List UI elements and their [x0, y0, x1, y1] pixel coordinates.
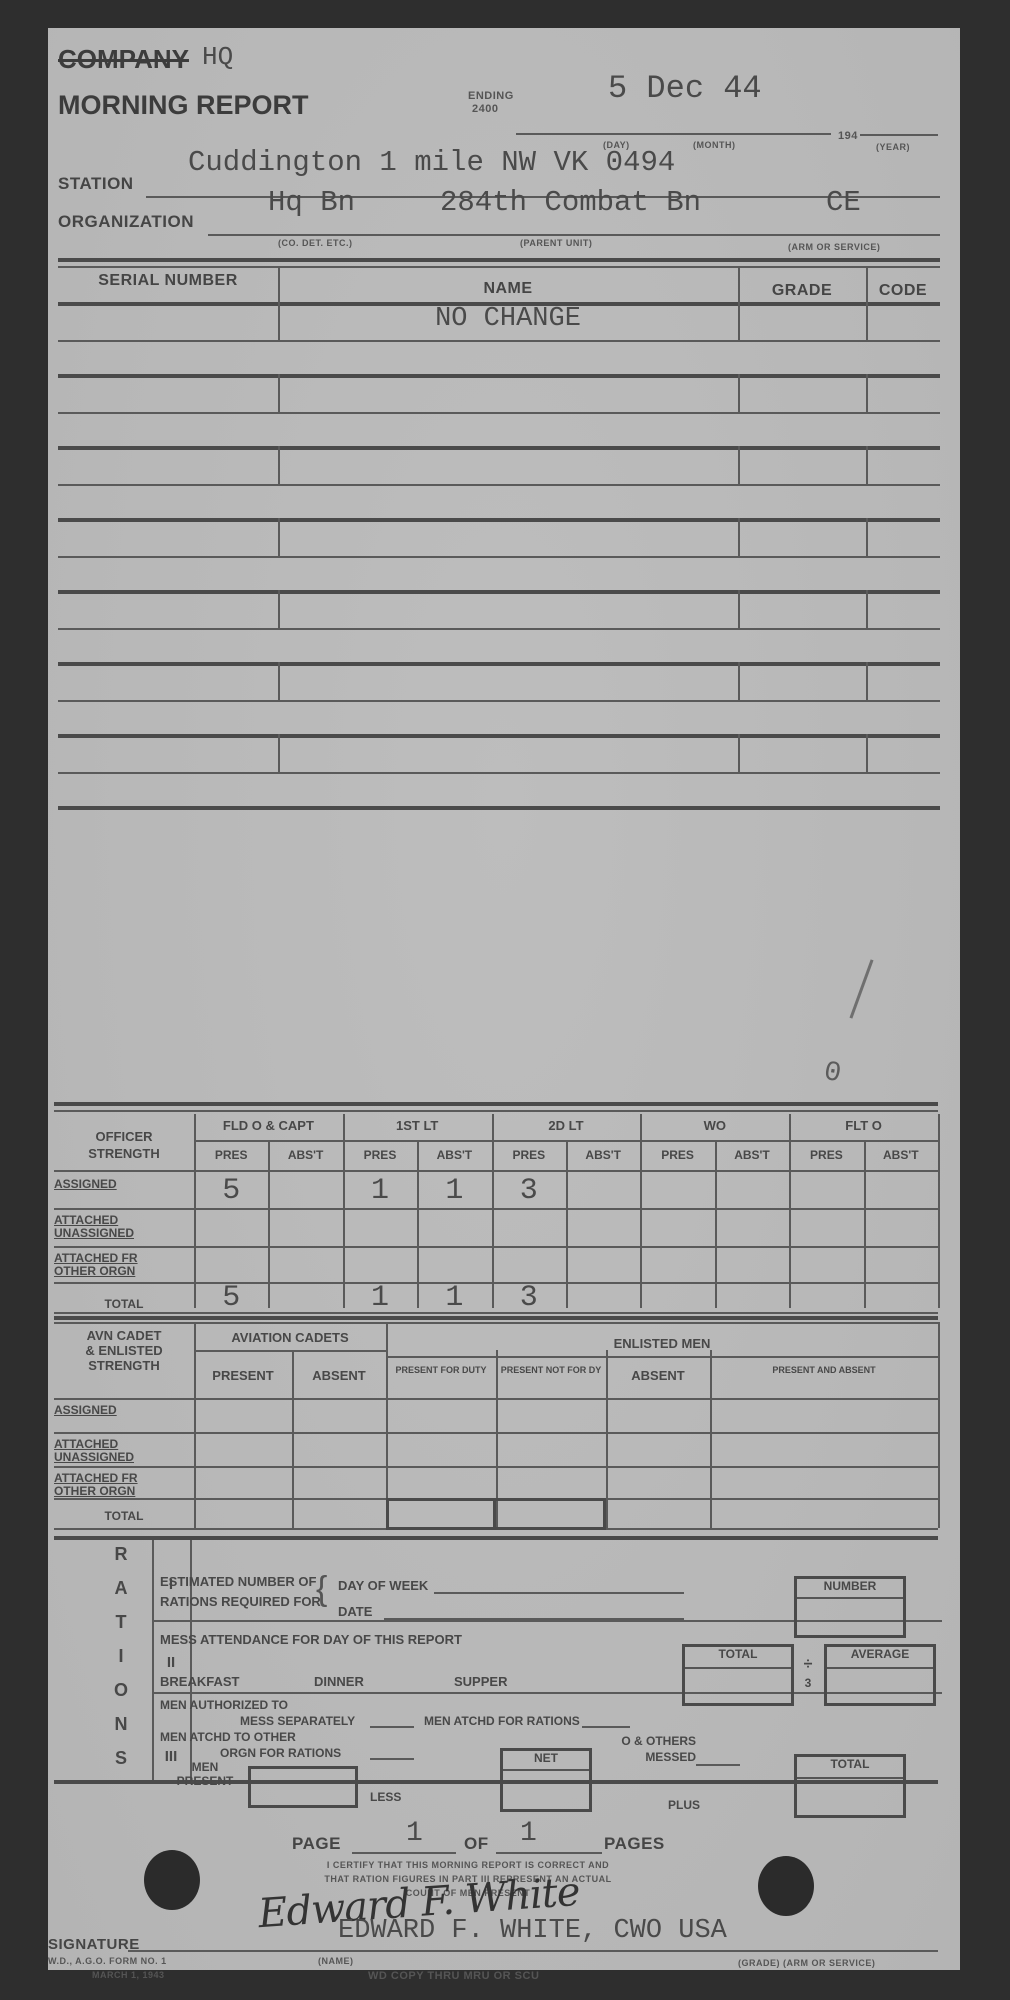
- officer-cell[interactable]: [864, 1284, 938, 1312]
- signature-line[interactable]: [128, 1950, 938, 1952]
- binder-hole-right: [758, 1856, 814, 1916]
- men-present-label: MEN PRESENT: [160, 1760, 250, 1788]
- mess-average-box[interactable]: AVERAGE: [824, 1644, 936, 1706]
- enlisted-cell[interactable]: [294, 1400, 384, 1432]
- rations-total-box[interactable]: TOTAL: [794, 1754, 906, 1818]
- authorized-text-1: MEN AUTHORIZED TO: [160, 1698, 288, 1712]
- total-present-not-for-duty-box[interactable]: [493, 1498, 606, 1530]
- form-date: MARCH 1, 1943: [92, 1970, 165, 1980]
- officer-cell[interactable]: [640, 1248, 714, 1282]
- roster-row-line: [58, 628, 940, 630]
- officer-cell[interactable]: 1: [417, 1174, 491, 1208]
- roster-row-name: NO CHANGE: [278, 304, 738, 334]
- net-label: NET: [503, 1751, 589, 1771]
- officer-subcol-pres: PRES: [789, 1148, 863, 1162]
- roster-cell-divider: [866, 590, 868, 628]
- ending-label: ENDING 2400: [468, 90, 514, 116]
- org-parent-value: 284th Combat Bn: [440, 186, 701, 219]
- officer-cell[interactable]: [789, 1248, 863, 1282]
- officer-cell[interactable]: [864, 1174, 938, 1208]
- col-serial-number: SERIAL NUMBER: [58, 272, 278, 290]
- roster-cell-divider: [278, 734, 280, 772]
- roster-cell-divider: [866, 446, 868, 484]
- officer-top-border: [54, 1102, 938, 1106]
- enlisted-cell[interactable]: [712, 1500, 936, 1528]
- officer-bottom-border: [54, 1316, 938, 1320]
- rations-i-text-2: RATIONS REQUIRED FOR: [160, 1594, 321, 1609]
- enlisted-col-header: ABSENT: [606, 1368, 710, 1383]
- roster-cell-divider: [866, 662, 868, 700]
- officer-title-line1: OFFICER: [54, 1128, 194, 1145]
- officer-subcol-pres: PRES: [194, 1148, 268, 1162]
- officer-top-border-2: [54, 1110, 938, 1112]
- officer-strength-title: OFFICER STRENGTH: [54, 1128, 194, 1162]
- page-field: [352, 1852, 456, 1854]
- enlisted-top-border: [54, 1322, 938, 1324]
- pages-field: [496, 1852, 602, 1854]
- breakfast-label: BREAKFAST: [160, 1674, 239, 1689]
- men-present-line2: PRESENT: [160, 1774, 250, 1788]
- enlisted-cell[interactable]: [608, 1468, 708, 1498]
- mess-separately-field[interactable]: [370, 1726, 414, 1728]
- station-label: STATION: [58, 174, 134, 194]
- enlisted-cell[interactable]: [608, 1500, 708, 1528]
- org-parent-caption: (PARENT UNIT): [520, 238, 592, 248]
- year-underline: [860, 134, 938, 136]
- grade-caption: (GRADE) (ARM OR SERVICE): [738, 1958, 875, 1968]
- enlisted-row-label: TOTAL: [54, 1510, 194, 1523]
- officer-group-4: FLT O: [789, 1118, 938, 1133]
- number-label: NUMBER: [797, 1579, 903, 1599]
- roster-cell-divider: [738, 302, 740, 340]
- officer-cell[interactable]: [194, 1248, 268, 1282]
- officer-title-line2: STRENGTH: [54, 1145, 194, 1162]
- roster-header-divider: [278, 266, 280, 304]
- company-label: COMPANY: [58, 44, 189, 75]
- enlisted-cell[interactable]: [196, 1500, 290, 1528]
- col-name: NAME: [278, 280, 738, 298]
- officer-cell[interactable]: [640, 1210, 714, 1246]
- officer-cell[interactable]: [566, 1284, 640, 1312]
- enlisted-row-label: ASSIGNED: [54, 1404, 164, 1417]
- roster-cell-divider: [866, 302, 868, 340]
- page-label: PAGE: [292, 1834, 341, 1854]
- officer-cell[interactable]: [566, 1174, 640, 1208]
- enlisted-cell[interactable]: [608, 1400, 708, 1432]
- roster-cell-divider: [278, 662, 280, 700]
- roster-row-line: [58, 484, 940, 486]
- officer-cell[interactable]: 1: [343, 1174, 417, 1208]
- officer-group-0: FLD O & CAPT: [194, 1118, 343, 1133]
- less-label: LESS: [370, 1790, 401, 1804]
- officer-subcol-abst: ABS'T: [417, 1148, 491, 1162]
- year-caption: (YEAR): [876, 142, 910, 152]
- officer-subcol-pres: PRES: [492, 1148, 566, 1162]
- pages-value: 1: [520, 1818, 537, 1849]
- enlisted-strength-title: AVN CADET & ENLISTED STRENGTH: [54, 1328, 194, 1373]
- org-company-value: Hq Bn: [268, 186, 355, 219]
- officer-subcol-abst: ABS'T: [566, 1148, 640, 1162]
- rations-top-border: [54, 1536, 938, 1540]
- men-present-line1: MEN: [160, 1760, 250, 1774]
- roster-cell-divider: [866, 374, 868, 412]
- name-caption: (NAME): [318, 1956, 354, 1966]
- enlisted-cell[interactable]: [712, 1468, 936, 1498]
- ration-number-box[interactable]: NUMBER: [794, 1576, 906, 1638]
- officer-cell[interactable]: [640, 1174, 714, 1208]
- officer-cell[interactable]: [417, 1248, 491, 1282]
- enlisted-title-line2: & ENLISTED: [54, 1343, 194, 1358]
- officer-header-bottom: [54, 1170, 938, 1172]
- officer-cell[interactable]: [715, 1174, 789, 1208]
- officer-cell[interactable]: [715, 1248, 789, 1282]
- officer-cell[interactable]: [566, 1248, 640, 1282]
- enlisted-cell[interactable]: [608, 1434, 708, 1466]
- signature-label: SIGNATURE: [48, 1936, 140, 1953]
- dinner-label: DINNER: [314, 1674, 364, 1689]
- roster-cell-divider: [278, 446, 280, 484]
- atchd-other-text-1: MEN ATCHD TO OTHER: [160, 1730, 296, 1744]
- officer-cell[interactable]: 5: [194, 1174, 268, 1208]
- officer-cell[interactable]: [492, 1248, 566, 1282]
- officer-cell[interactable]: [343, 1248, 417, 1282]
- roster-cell-divider: [866, 518, 868, 556]
- enlisted-cell[interactable]: [294, 1468, 384, 1498]
- others-messed-field[interactable]: [696, 1764, 740, 1766]
- atchd-other-text-2: ORGN FOR RATIONS: [220, 1746, 341, 1760]
- enlisted-cell[interactable]: [196, 1434, 290, 1466]
- enlisted-cell[interactable]: [712, 1400, 936, 1432]
- enlisted-cell[interactable]: [498, 1468, 604, 1498]
- supper-label: SUPPER: [454, 1674, 507, 1689]
- col-grade: GRADE: [738, 282, 866, 300]
- mess-total-box[interactable]: TOTAL: [682, 1644, 794, 1706]
- enlisted-cell[interactable]: [196, 1468, 290, 1498]
- officer-cell[interactable]: [789, 1284, 863, 1312]
- roster-row-line: [58, 518, 940, 522]
- enlisted-cell[interactable]: [294, 1500, 384, 1528]
- enlisted-cell[interactable]: [388, 1434, 494, 1466]
- enlisted-cell[interactable]: [712, 1434, 936, 1466]
- col-code: CODE: [866, 282, 940, 300]
- roster-cell-divider: [738, 374, 740, 412]
- roster-cell-divider: [738, 662, 740, 700]
- roster-cell-divider: [738, 518, 740, 556]
- enlisted-col-header: PRESENT: [194, 1368, 292, 1383]
- ending-label-line2: 2400: [468, 103, 514, 116]
- officer-cell[interactable]: [566, 1210, 640, 1246]
- total-label: TOTAL: [685, 1647, 791, 1669]
- enlisted-col-header: PRESENT FOR DUTY: [386, 1364, 496, 1376]
- officer-subcol-abst: ABS'T: [864, 1148, 938, 1162]
- roster-row-line: [58, 772, 940, 774]
- officer-group-3: WO: [640, 1118, 789, 1133]
- officer-subcol-pres: PRES: [640, 1148, 714, 1162]
- roster-row-line: [58, 734, 940, 738]
- divide-by: 3: [794, 1676, 822, 1690]
- enlisted-cell[interactable]: [498, 1434, 604, 1466]
- year-prefix: 194: [838, 130, 858, 142]
- roster-row-line: [58, 412, 940, 414]
- officer-cell[interactable]: [268, 1210, 342, 1246]
- aviation-cadets-group: AVIATION CADETS: [194, 1330, 386, 1345]
- officer-subcol-abst: ABS'T: [715, 1148, 789, 1162]
- officer-cell[interactable]: [194, 1210, 268, 1246]
- rations-side-letter: I: [106, 1646, 136, 1667]
- org-arm-caption: (ARM OR SERVICE): [788, 242, 880, 252]
- form-number: W.D., A.G.O. FORM NO. 1: [48, 1956, 167, 1966]
- mess-attendance-text: MESS ATTENDANCE FOR DAY OF THIS REPORT: [160, 1632, 462, 1647]
- pages-label: PAGES: [604, 1834, 665, 1854]
- officer-col-divider: [938, 1114, 940, 1308]
- atchd-other-field[interactable]: [370, 1758, 414, 1760]
- roster-row-line: [58, 556, 940, 558]
- officer-cell[interactable]: [268, 1174, 342, 1208]
- day-of-week-label: DAY OF WEEK: [338, 1578, 428, 1593]
- organization-underline: [208, 234, 940, 236]
- officer-cell[interactable]: 3: [492, 1174, 566, 1208]
- binder-hole-left: [144, 1850, 200, 1910]
- rations-i-text-1: ESTIMATED NUMBER OF: [160, 1574, 316, 1589]
- roster-row-line: [58, 700, 940, 702]
- officer-row-label: ATTACHED FR OTHER ORGN: [54, 1252, 164, 1278]
- atchd-for-rations-label: MEN ATCHD FOR RATIONS: [424, 1714, 580, 1728]
- roster-header-divider: [738, 266, 740, 304]
- company-value: HQ: [202, 42, 233, 72]
- roster-cell-divider: [278, 590, 280, 628]
- officer-row-label: ASSIGNED: [54, 1178, 164, 1191]
- roster-row-line: [58, 374, 940, 378]
- divide-icon: ÷: [794, 1656, 822, 1674]
- org-arm-value: CE: [826, 186, 861, 219]
- rations-total-label: TOTAL: [797, 1757, 903, 1779]
- rations-side-letter: N: [106, 1714, 136, 1735]
- roster-cell-divider: [278, 374, 280, 412]
- date-field[interactable]: [384, 1618, 684, 1620]
- roster-header-bottom: [58, 302, 940, 306]
- org-company-caption: (CO. DET. ETC.): [278, 238, 353, 248]
- month-caption: (MONTH): [693, 140, 736, 150]
- enlisted-group-underline: [386, 1356, 938, 1358]
- roster-cell-divider: [278, 302, 280, 340]
- net-box[interactable]: NET: [500, 1748, 592, 1812]
- officer-cell[interactable]: [417, 1210, 491, 1246]
- brace-icon: {: [316, 1572, 327, 1606]
- enlisted-men-group: ENLISTED MEN: [386, 1336, 938, 1351]
- rations-side-letter: A: [106, 1578, 136, 1599]
- officer-cell[interactable]: [789, 1210, 863, 1246]
- day-of-week-field[interactable]: [434, 1592, 684, 1594]
- form-title: MORNING REPORT: [58, 90, 309, 121]
- rations-side-letter: O: [106, 1680, 136, 1701]
- officer-cell[interactable]: [343, 1210, 417, 1246]
- authorized-text-2: MESS SEPARATELY: [240, 1714, 355, 1728]
- officer-cell[interactable]: [268, 1248, 342, 1282]
- rations-side-letter: S: [106, 1748, 136, 1769]
- roster-top-border: [58, 258, 940, 262]
- officer-cell[interactable]: 1: [417, 1284, 491, 1312]
- rations-numeral-ii: II: [152, 1654, 190, 1671]
- enlisted-cell[interactable]: [196, 1400, 290, 1432]
- roster-row-line: [58, 662, 940, 666]
- officer-row-label: TOTAL: [54, 1298, 194, 1311]
- enlisted-row-label: ATTACHED FR OTHER ORGN: [54, 1472, 164, 1498]
- morning-report-form: COMPANY HQ MORNING REPORT ENDING 2400 5 …: [48, 28, 960, 1970]
- officer-group-2: 2D LT: [492, 1118, 641, 1133]
- page-value: 1: [406, 1818, 423, 1849]
- rations-side-letter: R: [106, 1544, 136, 1565]
- roster-cell-divider: [866, 734, 868, 772]
- roster-row-line: [58, 806, 940, 810]
- officer-row-line: [54, 1312, 938, 1314]
- roster-row-line: [58, 446, 940, 450]
- ending-label-line1: ENDING: [468, 90, 514, 103]
- routing-note: WD COPY THRU MRU OR SCU: [368, 1970, 539, 1982]
- officer-cell[interactable]: [715, 1284, 789, 1312]
- officer-cell[interactable]: 3: [492, 1284, 566, 1312]
- atchd-for-rations-field[interactable]: [582, 1726, 630, 1728]
- officer-cell[interactable]: [864, 1248, 938, 1282]
- report-date: 5 Dec 44: [608, 70, 762, 107]
- enlisted-col-header: PRESENT NOT FOR DY: [496, 1364, 606, 1376]
- enlisted-title-line3: STRENGTH: [54, 1358, 194, 1373]
- average-label: AVERAGE: [827, 1647, 933, 1669]
- enlisted-row-label: ATTACHED UNASSIGNED: [54, 1438, 164, 1464]
- certify-line1: I CERTIFY THAT THIS MORNING REPORT IS CO…: [218, 1858, 718, 1872]
- men-present-box[interactable]: [248, 1766, 358, 1808]
- organization-label: ORGANIZATION: [58, 212, 194, 232]
- cadets-group-underline: [194, 1350, 386, 1352]
- others-text-1: O & OTHERS: [604, 1734, 696, 1748]
- rations-side-letter: T: [106, 1612, 136, 1633]
- officer-group-1: 1ST LT: [343, 1118, 492, 1133]
- others-text-2: MESSED: [604, 1750, 696, 1764]
- roster-cell-divider: [738, 590, 740, 628]
- officer-row-label: ATTACHED UNASSIGNED: [54, 1214, 164, 1240]
- officer-cell[interactable]: [268, 1284, 342, 1312]
- total-present-for-duty-box[interactable]: [386, 1498, 496, 1530]
- officer-cell[interactable]: [864, 1210, 938, 1246]
- roster-header-divider: [866, 266, 868, 304]
- enlisted-cell[interactable]: [388, 1468, 494, 1498]
- station-value: Cuddington 1 mile NW VK 0494: [188, 146, 675, 179]
- date-label: DATE: [338, 1604, 372, 1619]
- roster-row-line: [58, 340, 940, 342]
- officer-cell[interactable]: 5: [194, 1284, 268, 1312]
- roster-cell-divider: [278, 518, 280, 556]
- date-underline: [516, 133, 831, 135]
- officer-subcol-abst: ABS'T: [268, 1148, 342, 1162]
- officer-cell[interactable]: [789, 1174, 863, 1208]
- typed-name: EDWARD F. WHITE, CWO USA: [338, 1916, 727, 1946]
- roster-cell-divider: [738, 446, 740, 484]
- roster-top-border-2: [58, 266, 940, 268]
- enlisted-cell[interactable]: [388, 1400, 494, 1432]
- plus-label: PLUS: [668, 1798, 700, 1812]
- of-label: OF: [464, 1834, 489, 1854]
- enlisted-col-divider: [938, 1322, 940, 1528]
- enlisted-cell[interactable]: [294, 1434, 384, 1466]
- officer-cell[interactable]: [640, 1284, 714, 1312]
- roster-row-line: [58, 590, 940, 594]
- enlisted-col-header: PRESENT AND ABSENT: [710, 1364, 938, 1376]
- roster-cell-divider: [738, 734, 740, 772]
- officer-cell[interactable]: [492, 1210, 566, 1246]
- officer-subcol-pres: PRES: [343, 1148, 417, 1162]
- enlisted-title-line1: AVN CADET: [54, 1328, 194, 1343]
- officer-cell[interactable]: 1: [343, 1284, 417, 1312]
- enlisted-col-header: ABSENT: [292, 1368, 386, 1383]
- officer-cell[interactable]: [715, 1210, 789, 1246]
- pencil-zero-mark: 0: [821, 1057, 843, 1090]
- pencil-slash-mark: [849, 959, 873, 1018]
- enlisted-cell[interactable]: [498, 1400, 604, 1432]
